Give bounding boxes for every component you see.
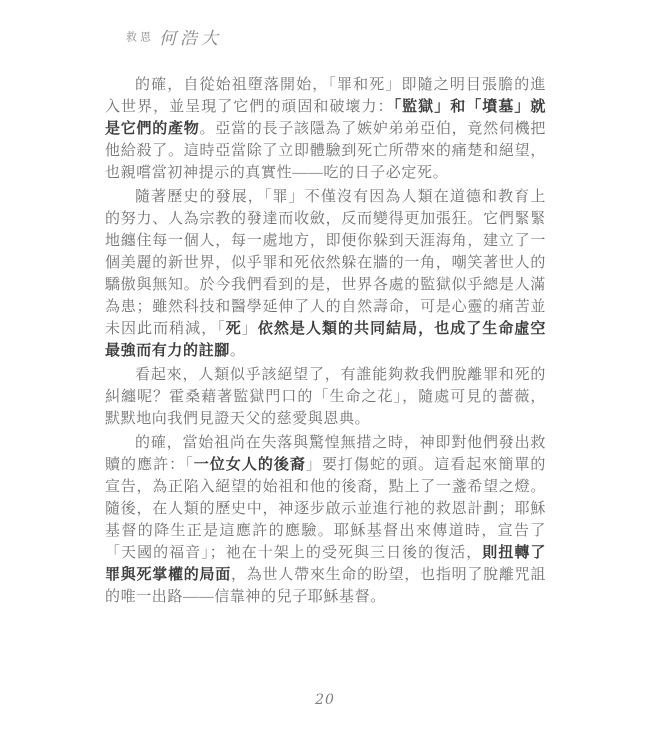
body-run: 。: [230, 343, 246, 359]
paragraph: 的確，自從始祖墮落開始，「罪和死」即隨之明目張膽的進入世界，並呈現了它們的頑固和…: [105, 74, 546, 184]
emphasis-text: 一位女人的後裔: [194, 457, 306, 473]
body-text: 的確，自從始祖墮落開始，「罪和死」即隨之明目張膽的進入世界，並呈現了它們的頑固和…: [105, 74, 546, 610]
paragraph: 看起來，人類似乎該絕望了，有誰能夠救我們脫離罪和死的糾纏呢？霍桑藉著監獄門口的「…: [105, 364, 546, 430]
body-run: 隨著歷史的發展，「罪」不僅沒有因為人類在道德和教育上的努力、人為宗教的發達而收斂…: [105, 189, 546, 337]
body-run: 」: [242, 321, 258, 337]
emphasis-text: 死: [226, 321, 242, 337]
paragraph: 的確，當始祖尚在失落與驚惶無措之時，神即對他們發出救贖的應許：「一位女人的後裔」…: [105, 432, 546, 608]
running-header-prefix: 救恩: [126, 32, 154, 44]
running-header-title: 何浩大: [159, 29, 222, 48]
page-number: 20: [0, 692, 650, 708]
body-run: 看起來，人類似乎該絕望了，有誰能夠救我們脫離罪和死的糾纏呢？霍桑藉著監獄門口的「…: [105, 367, 546, 427]
running-header: 救恩何浩大: [126, 24, 222, 49]
book-page: 救恩何浩大 的確，自從始祖墮落開始，「罪和死」即隨之明目張膽的進入世界，並呈現了…: [0, 0, 650, 750]
paragraph: 隨著歷史的發展，「罪」不僅沒有因為人類在道德和教育上的努力、人為宗教的發達而收斂…: [105, 186, 546, 362]
